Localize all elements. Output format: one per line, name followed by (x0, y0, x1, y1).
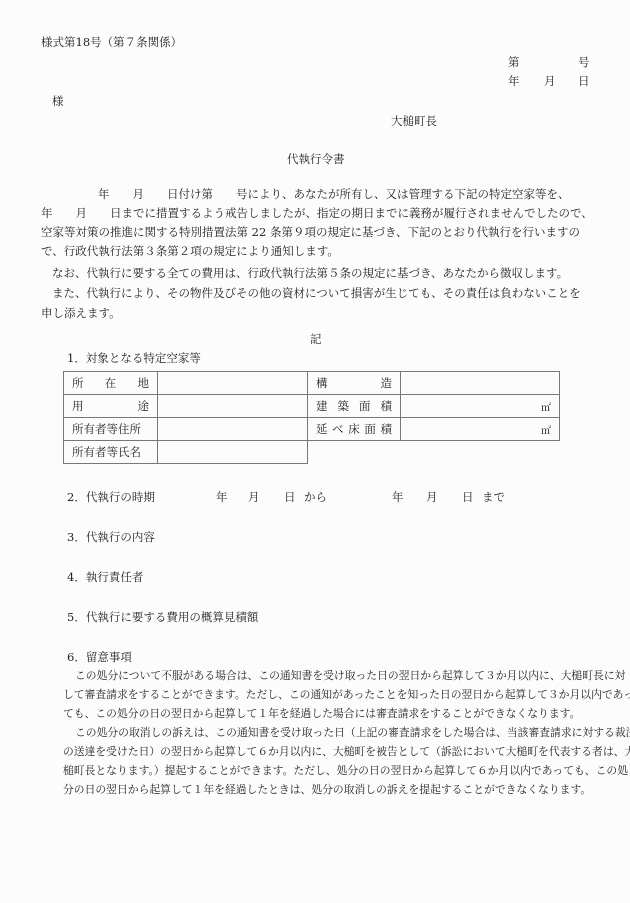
note-2-line-3: 槌町長となります。）提起することができます。ただし、処分の日の翌日から起算して６… (63, 761, 603, 780)
period-to-year: 年 (392, 492, 404, 504)
period-from-month: 月 (248, 492, 260, 504)
table-row: 所有者等住所 延べ床面積 ㎡ (64, 418, 560, 441)
value-owner-name (158, 441, 308, 464)
period-to-suffix: まで (482, 492, 505, 504)
date-year: 年 (508, 76, 520, 88)
target-property-table: 所在地 構造 用途 建築面積 ㎡ 所有者等住所 延べ床面積 ㎡ 所有者等氏名 (63, 371, 560, 464)
ki-heading: 記 (310, 334, 322, 346)
value-building-area: ㎡ (401, 395, 560, 418)
note-1-line-2: して審査請求をすることができます。ただし、この通知があったことを知った日の翌日か… (63, 685, 603, 704)
issuer: 大槌町長 (391, 116, 437, 128)
note-1-line-3: ても、この処分の日の翌日から起算して１年を経過した場合には審査請求をすることがで… (63, 704, 603, 723)
body-line-7: 申し添えます。 (41, 304, 601, 323)
value-usage (158, 395, 308, 418)
note-1-line-1: この処分について不服がある場合は、この通知書を受け取った日の翌日から起算して３か… (75, 666, 615, 685)
label-building-area: 建築面積 (308, 395, 401, 418)
section-2-heading: 2．代執行の時期 (67, 492, 155, 504)
period-from-year: 年 (216, 492, 228, 504)
note-2-line-1: この処分の取消しの訴えは、この通知書を受け取った日（上記の審査請求をした場合は、… (75, 723, 615, 742)
period-to-day: 日 (462, 492, 474, 504)
note-2-line-4: 分の日の翌日から起算して１年を経過したときは、処分の取消しの訴えを提起することが… (63, 780, 603, 799)
doc-number-suffix: 号 (578, 57, 590, 69)
section-4-heading: 4．執行責任者 (67, 572, 143, 584)
document-title: 代執行令書 (287, 154, 345, 166)
body-line-3: 空家等対策の推進に関する特別措置法第 22 条第９項の規定に基づき、下記のとおり… (41, 223, 601, 242)
period-from-suffix: から (304, 492, 327, 504)
section-1-heading: 1．対象となる特定空家等 (67, 353, 201, 365)
body-line-4: で、行政代執行法第３条第２項の規定により通知します。 (41, 242, 601, 261)
label-structure: 構造 (308, 372, 401, 395)
label-location: 所在地 (64, 372, 158, 395)
value-location (158, 372, 308, 395)
section-6-heading: 6．留意事項 (67, 652, 132, 664)
body-line-5: なお、代執行に要する全ての費用は、行政代執行法第５条の規定に基づき、あなたから徴… (52, 264, 612, 283)
table-row: 所在地 構造 (64, 372, 560, 395)
section-3-heading: 3．代執行の内容 (67, 532, 155, 544)
value-total-floor-area: ㎡ (401, 418, 560, 441)
addressee-suffix: 様 (52, 96, 64, 108)
label-total-floor-area: 延べ床面積 (308, 418, 401, 441)
body-line-2: 年 月 日までに措置するよう戒告しましたが、指定の期日までに義務が履行されません… (41, 204, 601, 223)
table-row: 所有者等氏名 (64, 441, 560, 464)
label-owner-address: 所有者等住所 (64, 418, 158, 441)
form-number: 様式第18号（第７条関係） (41, 37, 182, 49)
value-structure (401, 372, 560, 395)
section-5-heading: 5．代執行に要する費用の概算見積額 (67, 612, 258, 624)
label-usage: 用途 (64, 395, 158, 418)
label-owner-name: 所有者等氏名 (64, 441, 158, 464)
body-line-6: また、代執行により、その物件及びその他の資材について損害が生じても、その責任は負… (52, 284, 612, 303)
date-month: 月 (544, 76, 556, 88)
date-day: 日 (578, 76, 590, 88)
value-owner-address (158, 418, 308, 441)
table-row: 用途 建築面積 ㎡ (64, 395, 560, 418)
note-2-line-2: の送達を受けた日）の翌日から起算して６か月以内に、大槌町を被告として（訴訟におい… (63, 742, 603, 761)
period-to-month: 月 (426, 492, 438, 504)
body-line-1: 年 月 日付け第 号により、あなたが所有し、又は管理する下記の特定空家等を、 (98, 185, 630, 204)
period-from-day: 日 (284, 492, 296, 504)
doc-number-prefix: 第 (508, 57, 520, 69)
